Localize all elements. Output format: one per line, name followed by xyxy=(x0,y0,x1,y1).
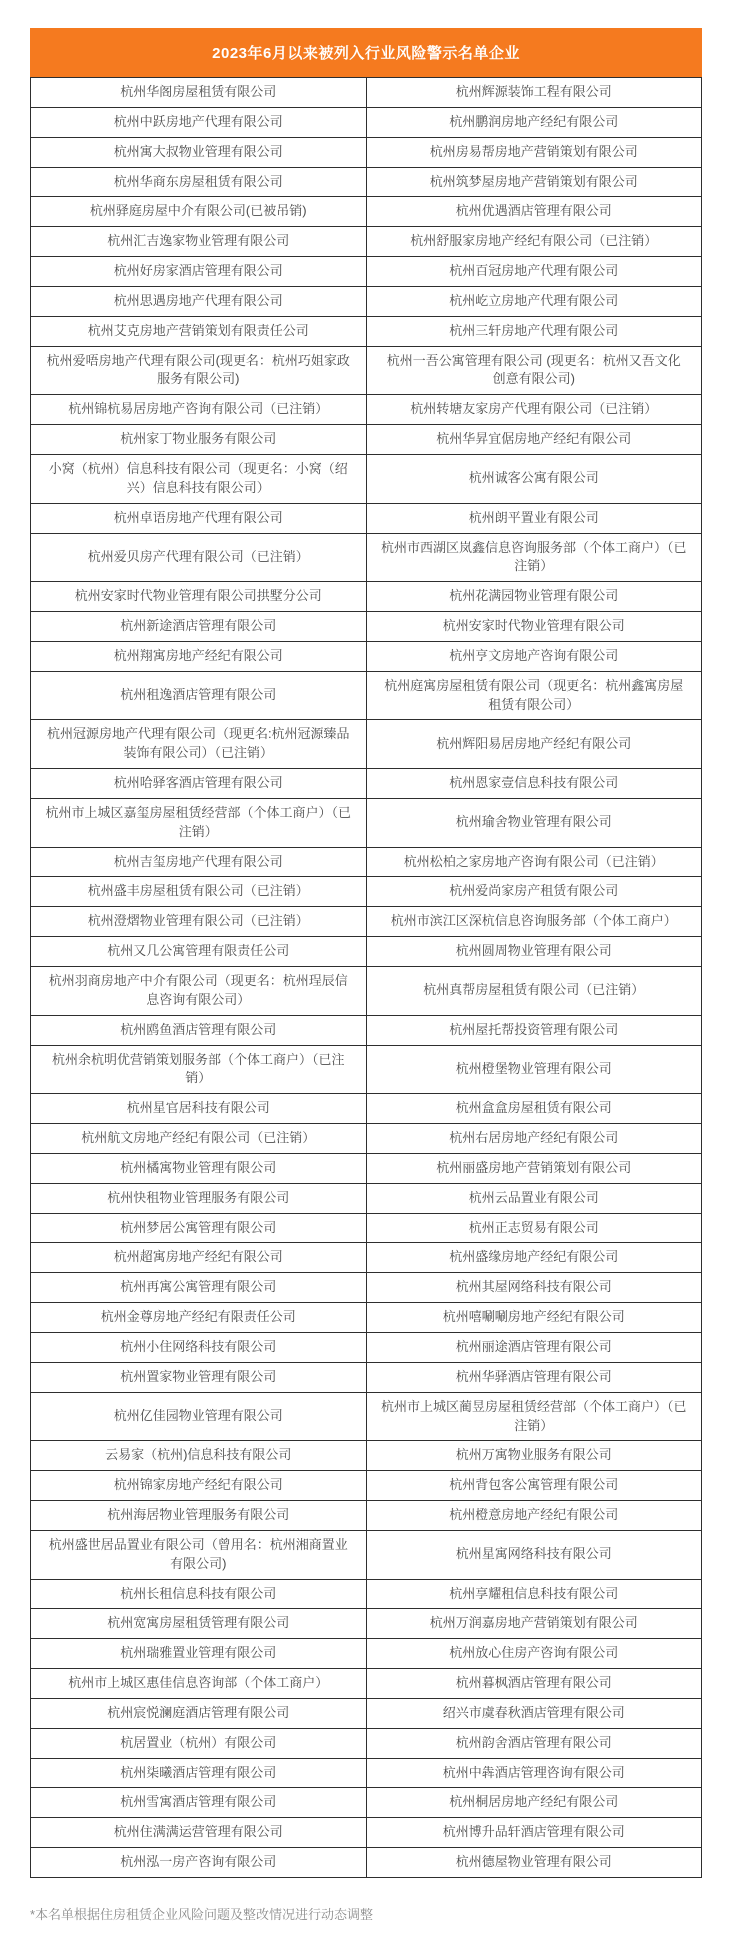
table-row: 杭州寓大叔物业管理有限公司 杭州房易帮房地产营销策划有限公司 xyxy=(31,137,702,167)
company-cell-left: 杭州市上城区嘉玺房屋租赁经营部（个体工商户）（已注销） xyxy=(31,798,367,847)
table-row: 杭州小住网络科技有限公司 杭州丽途酒店管理有限公司 xyxy=(31,1332,702,1362)
company-cell-left: 杭州中跃房地产代理有限公司 xyxy=(31,107,367,137)
table-row: 杭州锦杭易居房地产咨询有限公司（已注销） 杭州转塘友家房产代理有限公司（已注销） xyxy=(31,395,702,425)
company-cell-left: 杭州宽寓房屋租赁管理有限公司 xyxy=(31,1609,367,1639)
company-cell-right: 杭州真帮房屋租赁有限公司（已注销） xyxy=(366,967,702,1016)
table-row: 杭州盛世居品置业有限公司（曾用名：杭州湘商置业有限公司) 杭州星寓网络科技有限公… xyxy=(31,1530,702,1579)
company-cell-right: 杭州辉阳易居房地产经纪有限公司 xyxy=(366,720,702,769)
company-cell-left: 杭州泓一房产咨询有限公司 xyxy=(31,1848,367,1878)
company-cell-left: 杭州鸥鱼酒店管理有限公司 xyxy=(31,1015,367,1045)
table-row: 杭州卓语房地产代理有限公司 杭州朗平置业有限公司 xyxy=(31,503,702,533)
company-table: 杭州华阁房屋租赁有限公司 杭州辉源装饰工程有限公司 杭州中跃房地产代理有限公司 … xyxy=(30,77,702,1878)
company-cell-right: 杭州橙堡物业管理有限公司 xyxy=(366,1045,702,1094)
company-cell-right: 杭州万寓物业服务有限公司 xyxy=(366,1441,702,1471)
company-cell-right: 杭州星寓网络科技有限公司 xyxy=(366,1530,702,1579)
company-cell-right: 杭州桐居房地产经纪有限公司 xyxy=(366,1788,702,1818)
table-row: 杭州华商东房屋租赁有限公司 杭州筑梦屋房地产营销策划有限公司 xyxy=(31,167,702,197)
table-row: 杭州新途酒店管理有限公司 杭州安家时代物业管理有限公司 xyxy=(31,612,702,642)
company-cell-right: 杭州房易帮房地产营销策划有限公司 xyxy=(366,137,702,167)
table-row: 杭州金尊房地产经纪有限责任公司 杭州嘻唰唰房地产经纪有限公司 xyxy=(31,1303,702,1333)
company-cell-left: 杭州卓语房地产代理有限公司 xyxy=(31,503,367,533)
company-cell-left: 杭州汇吉逸家物业管理有限公司 xyxy=(31,227,367,257)
company-cell-right: 杭州橙意房地产经纪有限公司 xyxy=(366,1501,702,1531)
company-cell-left: 杭州新途酒店管理有限公司 xyxy=(31,612,367,642)
company-cell-right: 杭州庭寓房屋租赁有限公司（现更名：杭州鑫寓房屋租赁有限公司） xyxy=(366,671,702,720)
table-row: 杭州快租物业管理服务有限公司 杭州云品置业有限公司 xyxy=(31,1183,702,1213)
company-cell-left: 杭州翔寓房地产经纪有限公司 xyxy=(31,641,367,671)
company-cell-left: 杭州星官居科技有限公司 xyxy=(31,1094,367,1124)
company-cell-right: 杭州右居房地产经纪有限公司 xyxy=(366,1124,702,1154)
company-cell-left: 杭州雪寓酒店管理有限公司 xyxy=(31,1788,367,1818)
company-cell-right: 杭州市滨江区深杭信息咨询服务部（个体工商户） xyxy=(366,907,702,937)
company-cell-left: 杭州住满满运营管理有限公司 xyxy=(31,1818,367,1848)
company-cell-left: 杭州哈驿客酒店管理有限公司 xyxy=(31,769,367,799)
company-cell-left: 杭州锦杭易居房地产咨询有限公司（已注销） xyxy=(31,395,367,425)
company-cell-left: 杭州余杭明优营销策划服务部（个体工商户）（已注销） xyxy=(31,1045,367,1094)
company-cell-right: 杭州万润嘉房地产营销策划有限公司 xyxy=(366,1609,702,1639)
table-row: 杭州盛丰房屋租赁有限公司（已注销） 杭州爱尚家房产租赁有限公司 xyxy=(31,877,702,907)
company-cell-right: 杭州圆周物业管理有限公司 xyxy=(366,937,702,967)
table-row: 杭州梦居公寓管理有限公司 杭州正志贸易有限公司 xyxy=(31,1213,702,1243)
table-row: 杭州长租信息科技有限公司 杭州享耀租信息科技有限公司 xyxy=(31,1579,702,1609)
company-cell-right: 杭州屋托帮投资管理有限公司 xyxy=(366,1015,702,1045)
table-row: 杭州艾克房地产营销策划有限责任公司 杭州三轩房地产代理有限公司 xyxy=(31,316,702,346)
company-cell-right: 杭州松柏之家房地产咨询有限公司（已注销） xyxy=(366,847,702,877)
company-cell-right: 杭州安家时代物业管理有限公司 xyxy=(366,612,702,642)
company-cell-right: 杭州云品置业有限公司 xyxy=(366,1183,702,1213)
table-row: 杭州爱唔房地产代理有限公司(现更名：杭州巧姐家政服务有限公司) 杭州一吾公寓管理… xyxy=(31,346,702,395)
table-row: 杭州再寓公寓管理有限公司 杭州其屋网络科技有限公司 xyxy=(31,1273,702,1303)
footnote: *本名单根据住房租赁企业风险问题及整改情况进行动态调整 xyxy=(30,1904,732,1951)
company-cell-left: 杭州租逸酒店管理有限公司 xyxy=(31,671,367,720)
company-cell-left: 杭州锦家房地产经纪有限公司 xyxy=(31,1471,367,1501)
company-cell-left: 杭州寓大叔物业管理有限公司 xyxy=(31,137,367,167)
company-cell-right: 杭州舒服家房地产经纪有限公司（已注销） xyxy=(366,227,702,257)
table-row: 杭州又几公寓管理有限责任公司 杭州圆周物业管理有限公司 xyxy=(31,937,702,967)
company-cell-right: 杭州华驿酒店管理有限公司 xyxy=(366,1362,702,1392)
table-row: 杭州橘寓物业管理有限公司 杭州丽盛房地产营销策划有限公司 xyxy=(31,1153,702,1183)
company-cell-right: 杭州辉源装饰工程有限公司 xyxy=(366,78,702,108)
company-cell-right: 杭州盛缘房地产经纪有限公司 xyxy=(366,1243,702,1273)
company-cell-right: 杭州市西湖区岚鑫信息咨询服务部（个体工商户）（已注销） xyxy=(366,533,702,582)
company-cell-right: 杭州暮枫酒店管理有限公司 xyxy=(366,1669,702,1699)
table-row: 杭州宸悦澜庭酒店管理有限公司 绍兴市虞春秋酒店管理有限公司 xyxy=(31,1698,702,1728)
table-row: 杭州超寓房地产经纪有限公司 杭州盛缘房地产经纪有限公司 xyxy=(31,1243,702,1273)
table-row: 杭州亿佳园物业管理有限公司 杭州市上城区蔺昱房屋租赁经营部（个体工商户）（已注销… xyxy=(31,1392,702,1441)
table-row: 杭州星官居科技有限公司 杭州盒盒房屋租赁有限公司 xyxy=(31,1094,702,1124)
company-cell-right: 杭州筑梦屋房地产营销策划有限公司 xyxy=(366,167,702,197)
company-cell-right: 杭州市上城区蔺昱房屋租赁经营部（个体工商户）（已注销） xyxy=(366,1392,702,1441)
risk-list-sheet: 2023年6月以来被列入行业风险警示名单企业 杭州华阁房屋租赁有限公司 杭州辉源… xyxy=(0,0,732,1878)
company-cell-left: 杭州盛丰房屋租赁有限公司（已注销） xyxy=(31,877,367,907)
table-row: 杭州置家物业管理有限公司 杭州华驿酒店管理有限公司 xyxy=(31,1362,702,1392)
company-cell-left: 杭州小住网络科技有限公司 xyxy=(31,1332,367,1362)
table-row: 杭州汇吉逸家物业管理有限公司 杭州舒服家房地产经纪有限公司（已注销） xyxy=(31,227,702,257)
company-cell-right: 杭州花满园物业管理有限公司 xyxy=(366,582,702,612)
company-cell-left: 杭州宸悦澜庭酒店管理有限公司 xyxy=(31,1698,367,1728)
company-cell-left: 杭州羽商房地产中介有限公司（现更名：杭州珵辰信息咨询有限公司） xyxy=(31,967,367,1016)
company-cell-left: 杭州安家时代物业管理有限公司拱墅分公司 xyxy=(31,582,367,612)
company-cell-left: 杭州艾克房地产营销策划有限责任公司 xyxy=(31,316,367,346)
company-cell-right: 杭州盒盒房屋租赁有限公司 xyxy=(366,1094,702,1124)
company-cell-left: 杭州爱唔房地产代理有限公司(现更名：杭州巧姐家政服务有限公司) xyxy=(31,346,367,395)
company-cell-right: 杭州韵舍酒店管理有限公司 xyxy=(366,1728,702,1758)
company-cell-left: 杭州亿佳园物业管理有限公司 xyxy=(31,1392,367,1441)
table-row: 杭州家丁物业服务有限公司 杭州华昇宜倨房地产经纪有限公司 xyxy=(31,425,702,455)
company-cell-right: 杭州一吾公寓管理有限公司 (现更名：杭州又吾文化创意有限公司) xyxy=(366,346,702,395)
company-cell-left: 杭州吉玺房地产代理有限公司 xyxy=(31,847,367,877)
table-row: 小窝（杭州）信息科技有限公司（现更名：小窝（绍兴）信息科技有限公司） 杭州诚客公… xyxy=(31,454,702,503)
company-cell-left: 杭州华商东房屋租赁有限公司 xyxy=(31,167,367,197)
company-cell-left: 杭州长租信息科技有限公司 xyxy=(31,1579,367,1609)
table-row: 杭州市上城区嘉玺房屋租赁经营部（个体工商户）（已注销） 杭州瑜舍物业管理有限公司 xyxy=(31,798,702,847)
company-cell-right: 绍兴市虞春秋酒店管理有限公司 xyxy=(366,1698,702,1728)
company-cell-left: 杭州航文房地产经纪有限公司（已注销） xyxy=(31,1124,367,1154)
table-row: 杭州租逸酒店管理有限公司 杭州庭寓房屋租赁有限公司（现更名：杭州鑫寓房屋租赁有限… xyxy=(31,671,702,720)
table-row: 杭州羽商房地产中介有限公司（现更名：杭州珵辰信息咨询有限公司） 杭州真帮房屋租赁… xyxy=(31,967,702,1016)
table-row: 杭州航文房地产经纪有限公司（已注销） 杭州右居房地产经纪有限公司 xyxy=(31,1124,702,1154)
company-cell-left: 杭州瑞雅置业管理有限公司 xyxy=(31,1639,367,1669)
company-cell-right: 杭州屹立房地产代理有限公司 xyxy=(366,286,702,316)
company-cell-right: 杭州德屋物业管理有限公司 xyxy=(366,1848,702,1878)
company-cell-left: 杭州快租物业管理服务有限公司 xyxy=(31,1183,367,1213)
company-cell-left: 杭州好房家酒店管理有限公司 xyxy=(31,257,367,287)
company-cell-left: 小窝（杭州）信息科技有限公司（现更名：小窝（绍兴）信息科技有限公司） xyxy=(31,454,367,503)
company-cell-left: 杭州超寓房地产经纪有限公司 xyxy=(31,1243,367,1273)
company-cell-left: 杭州爱贝房产代理有限公司（已注销） xyxy=(31,533,367,582)
company-cell-right: 杭州鹏润房地产经纪有限公司 xyxy=(366,107,702,137)
table-row: 杭州住满满运营管理有限公司 杭州博升品轩酒店管理有限公司 xyxy=(31,1818,702,1848)
company-cell-right: 杭州享耀租信息科技有限公司 xyxy=(366,1579,702,1609)
table-row: 杭州思遇房地产代理有限公司 杭州屹立房地产代理有限公司 xyxy=(31,286,702,316)
company-cell-right: 杭州转塘友家房产代理有限公司（已注销） xyxy=(366,395,702,425)
company-cell-left: 杭州又几公寓管理有限责任公司 xyxy=(31,937,367,967)
company-cell-right: 杭州正志贸易有限公司 xyxy=(366,1213,702,1243)
company-cell-left: 杭州海居物业管理服务有限公司 xyxy=(31,1501,367,1531)
table-row: 杭州鸥鱼酒店管理有限公司 杭州屋托帮投资管理有限公司 xyxy=(31,1015,702,1045)
table-row: 杭州哈驿客酒店管理有限公司 杭州恩家壹信息科技有限公司 xyxy=(31,769,702,799)
company-table-body: 杭州华阁房屋租赁有限公司 杭州辉源装饰工程有限公司 杭州中跃房地产代理有限公司 … xyxy=(31,78,702,1878)
company-cell-left: 云易家（杭州)信息科技有限公司 xyxy=(31,1441,367,1471)
company-cell-left: 杭州思遇房地产代理有限公司 xyxy=(31,286,367,316)
company-cell-left: 杭州华阁房屋租赁有限公司 xyxy=(31,78,367,108)
table-row: 杭州华阁房屋租赁有限公司 杭州辉源装饰工程有限公司 xyxy=(31,78,702,108)
company-cell-left: 杭州再寓公寓管理有限公司 xyxy=(31,1273,367,1303)
company-cell-right: 杭州博升品轩酒店管理有限公司 xyxy=(366,1818,702,1848)
table-row: 杭州市上城区惠佳信息咨询部（个体工商户） 杭州暮枫酒店管理有限公司 xyxy=(31,1669,702,1699)
company-cell-right: 杭州百冠房地产代理有限公司 xyxy=(366,257,702,287)
company-cell-right: 杭州三轩房地产代理有限公司 xyxy=(366,316,702,346)
table-row: 云易家（杭州)信息科技有限公司 杭州万寓物业服务有限公司 xyxy=(31,1441,702,1471)
company-cell-right: 杭州瑜舍物业管理有限公司 xyxy=(366,798,702,847)
company-cell-left: 杭州置家物业管理有限公司 xyxy=(31,1362,367,1392)
table-row: 杭州雪寓酒店管理有限公司 杭州桐居房地产经纪有限公司 xyxy=(31,1788,702,1818)
company-cell-right: 杭州华昇宜倨房地产经纪有限公司 xyxy=(366,425,702,455)
company-cell-right: 杭州中犇酒店管理咨询有限公司 xyxy=(366,1758,702,1788)
page-title: 2023年6月以来被列入行业风险警示名单企业 xyxy=(30,28,702,77)
company-cell-left: 杭州冠源房地产代理有限公司（现更名:杭州冠源臻品装饰有限公司）（已注销） xyxy=(31,720,367,769)
company-cell-right: 杭州丽途酒店管理有限公司 xyxy=(366,1332,702,1362)
table-row: 杭州中跃房地产代理有限公司 杭州鹏润房地产经纪有限公司 xyxy=(31,107,702,137)
table-row: 杭州爱贝房产代理有限公司（已注销） 杭州市西湖区岚鑫信息咨询服务部（个体工商户）… xyxy=(31,533,702,582)
company-cell-right: 杭州朗平置业有限公司 xyxy=(366,503,702,533)
company-cell-right: 杭州背包客公寓管理有限公司 xyxy=(366,1471,702,1501)
company-cell-left: 杭州驿庭房屋中介有限公司(已被吊销) xyxy=(31,197,367,227)
table-row: 杭州冠源房地产代理有限公司（现更名:杭州冠源臻品装饰有限公司）（已注销） 杭州辉… xyxy=(31,720,702,769)
table-row: 杭州吉玺房地产代理有限公司 杭州松柏之家房地产咨询有限公司（已注销） xyxy=(31,847,702,877)
company-cell-right: 杭州诚客公寓有限公司 xyxy=(366,454,702,503)
company-cell-right: 杭州恩家壹信息科技有限公司 xyxy=(366,769,702,799)
company-cell-right: 杭州放心住房产咨询有限公司 xyxy=(366,1639,702,1669)
table-row: 杭州瑞雅置业管理有限公司 杭州放心住房产咨询有限公司 xyxy=(31,1639,702,1669)
company-cell-left: 杭居置业（杭州）有限公司 xyxy=(31,1728,367,1758)
table-row: 杭州翔寓房地产经纪有限公司 杭州亨文房地产咨询有限公司 xyxy=(31,641,702,671)
table-row: 杭州海居物业管理服务有限公司 杭州橙意房地产经纪有限公司 xyxy=(31,1501,702,1531)
table-row: 杭州安家时代物业管理有限公司拱墅分公司 杭州花满园物业管理有限公司 xyxy=(31,582,702,612)
table-row: 杭州锦家房地产经纪有限公司 杭州背包客公寓管理有限公司 xyxy=(31,1471,702,1501)
company-cell-left: 杭州金尊房地产经纪有限责任公司 xyxy=(31,1303,367,1333)
company-cell-right: 杭州丽盛房地产营销策划有限公司 xyxy=(366,1153,702,1183)
company-cell-left: 杭州澄熠物业管理有限公司（已注销） xyxy=(31,907,367,937)
table-row: 杭州泓一房产咨询有限公司 杭州德屋物业管理有限公司 xyxy=(31,1848,702,1878)
table-row: 杭居置业（杭州）有限公司 杭州韵舍酒店管理有限公司 xyxy=(31,1728,702,1758)
table-row: 杭州余杭明优营销策划服务部（个体工商户）（已注销） 杭州橙堡物业管理有限公司 xyxy=(31,1045,702,1094)
company-cell-left: 杭州盛世居品置业有限公司（曾用名：杭州湘商置业有限公司) xyxy=(31,1530,367,1579)
table-row: 杭州驿庭房屋中介有限公司(已被吊销) 杭州优遇酒店管理有限公司 xyxy=(31,197,702,227)
company-cell-left: 杭州柒曦酒店管理有限公司 xyxy=(31,1758,367,1788)
company-cell-left: 杭州家丁物业服务有限公司 xyxy=(31,425,367,455)
table-row: 杭州澄熠物业管理有限公司（已注销） 杭州市滨江区深杭信息咨询服务部（个体工商户） xyxy=(31,907,702,937)
company-cell-left: 杭州市上城区惠佳信息咨询部（个体工商户） xyxy=(31,1669,367,1699)
company-cell-right: 杭州嘻唰唰房地产经纪有限公司 xyxy=(366,1303,702,1333)
company-cell-left: 杭州梦居公寓管理有限公司 xyxy=(31,1213,367,1243)
company-cell-right: 杭州亨文房地产咨询有限公司 xyxy=(366,641,702,671)
company-cell-right: 杭州优遇酒店管理有限公司 xyxy=(366,197,702,227)
company-cell-right: 杭州其屋网络科技有限公司 xyxy=(366,1273,702,1303)
table-row: 杭州柒曦酒店管理有限公司 杭州中犇酒店管理咨询有限公司 xyxy=(31,1758,702,1788)
company-cell-left: 杭州橘寓物业管理有限公司 xyxy=(31,1153,367,1183)
table-row: 杭州好房家酒店管理有限公司 杭州百冠房地产代理有限公司 xyxy=(31,257,702,287)
company-cell-right: 杭州爱尚家房产租赁有限公司 xyxy=(366,877,702,907)
table-row: 杭州宽寓房屋租赁管理有限公司 杭州万润嘉房地产营销策划有限公司 xyxy=(31,1609,702,1639)
